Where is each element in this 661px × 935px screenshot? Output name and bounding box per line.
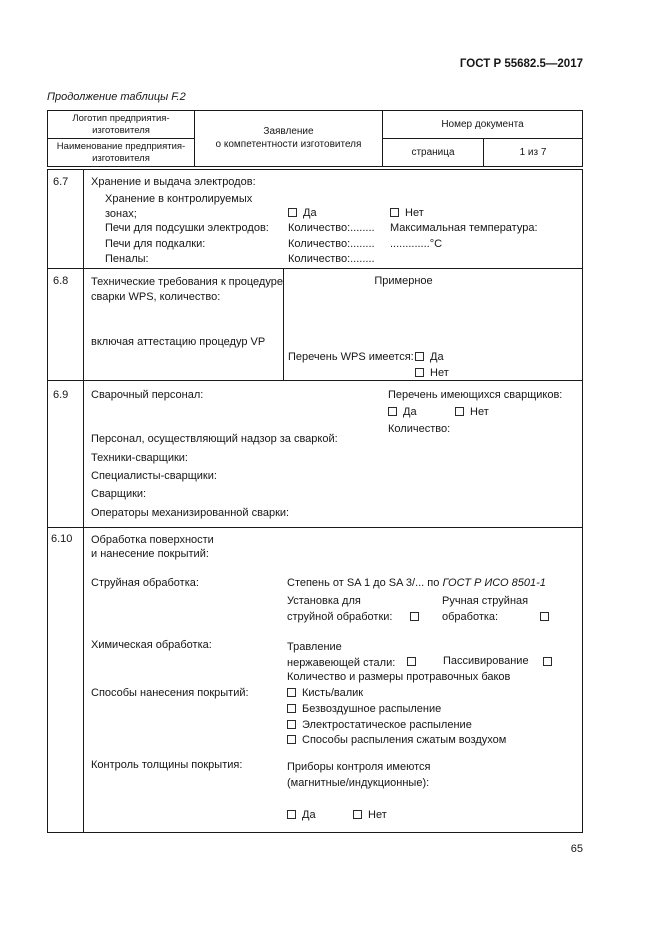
approximate-value: Примерное [283,275,524,288]
baking-ovens-quantity-field: Количество:........ [288,238,375,251]
document-number-label: Номер документа [383,111,582,138]
row-number: 6.8 [53,275,68,288]
control-devices-label: Приборы контроля имеются (магнитные/инду… [287,759,430,791]
storage-controlled-zones-label: Хранение в контролируемых зонах; [105,192,252,222]
pencases-label: Пеналы: [105,253,149,266]
welders-list-label: Перечень имеющихся сварщиков: [388,389,562,402]
chemical-treatment-label: Химическая обработка: [91,639,212,652]
coating-method-option: Электростатическое распыление [287,719,472,732]
thickness-control-label: Контроль толщины покрытия: [91,759,242,772]
pencases-quantity-field: Количество:........ [288,253,375,266]
max-temperature-label: Максимальная температура: [390,222,538,235]
etching-baths-label: Количество и размеры протравочных баков [287,671,510,684]
welders-quantity-label: Количество: [388,423,450,436]
yes-checkbox[interactable] [415,352,424,361]
welders-yes-option: Да [388,406,417,419]
staff-line: Сварщики: [91,488,146,501]
devices-yes-option: Да [287,809,316,822]
staff-line: Специалисты-сварщики: [91,470,217,483]
row-number: 6.7 [53,176,68,189]
yes-checkbox[interactable] [288,208,297,217]
no-checkbox[interactable] [390,208,399,217]
drying-ovens-label: Печи для подсушки электродов: [105,222,269,235]
manufacturer-name-cell: Наименование предприятия- изготовителя [48,139,194,166]
etching-label: Травление нержавеющей стали: [287,639,395,671]
row-divider [47,527,583,528]
etching-checkbox[interactable] [407,657,416,666]
staff-line: Операторы механизированной сварки: [91,507,289,520]
passivation-label: Пассивирование [443,655,529,668]
storage-no-option: Нет [390,207,424,220]
method-checkbox[interactable] [287,720,296,729]
blast-unit-checkbox[interactable] [410,612,419,621]
devices-no-option: Нет [353,809,387,822]
temperature-fill-field: .............°С [390,238,442,251]
standard-number-header: ГОСТ Р 55682.5—2017 [460,58,583,71]
manufacturer-logo-cell: Логотип предприятия- изготовителя [48,111,194,138]
surface-treatment-title: Обработка поверхности и нанесение покрыт… [91,533,214,561]
page-label-cell: страница [383,139,483,166]
standard-reference: ГОСТ Р ИСО 8501-1 [442,577,545,589]
row-6-7-title: Хранение и выдача электродов: [91,176,256,189]
method-checkbox[interactable] [287,735,296,744]
blast-unit-label: Установка для струйной обработки: [287,593,392,625]
coating-method-option: Безвоздушное распыление [287,703,441,716]
table-continuation-caption: Продолжение таблицы F.2 [47,91,186,104]
blast-cleaning-label: Струйная обработка: [91,577,199,590]
document-page: ГОСТ Р 55682.5—2017 Продолжение таблицы … [0,0,661,935]
wps-requirements-label: Технические требования к процедуре сварк… [91,275,283,305]
vp-attestation-note: включая аттестацию процедур VP [91,336,265,349]
drying-ovens-quantity-field: Количество:........ [288,222,375,235]
main-table-border [47,832,583,833]
row-divider [47,380,583,381]
coating-methods-label: Способы нанесения покрытий: [91,687,249,700]
no-checkbox[interactable] [415,368,424,377]
method-checkbox[interactable] [287,688,296,697]
passivation-checkbox[interactable] [543,657,552,666]
baking-ovens-label: Печи для подкалки: [105,238,205,251]
page-number: 65 [571,843,583,856]
number-column-divider [83,169,84,833]
blast-degree-line: Степень от SA 1 до SA 3/... по ГОСТ Р ИС… [287,577,546,590]
staff-line: Персонал, осуществляющий надзор за сварк… [91,433,338,446]
method-checkbox[interactable] [287,704,296,713]
staff-line: Техники-сварщики: [91,452,188,465]
header-table-border [47,166,583,167]
row-divider [47,268,583,269]
coating-method-option: Кисть/валик [287,687,363,700]
wps-list-label: Перечень WPS имеется: [288,351,414,364]
page-value-cell: 1 из 7 [484,139,582,166]
storage-yes-option: Да [288,207,317,220]
no-checkbox[interactable] [455,407,464,416]
declaration-title-cell: Заявление о компетентности изготовителя [195,110,382,166]
wps-no-option: Нет [415,367,449,380]
no-checkbox[interactable] [353,810,362,819]
main-table-border [47,169,583,170]
wps-yes-option: Да [415,351,444,364]
yes-checkbox[interactable] [388,407,397,416]
manual-blast-checkbox[interactable] [540,612,549,621]
row-number: 6.10 [51,533,72,546]
welding-personnel-title: Сварочный персонал: [91,389,203,402]
coating-method-option: Способы распыления сжатым воздухом [287,734,506,747]
yes-checkbox[interactable] [287,810,296,819]
row-number: 6.9 [53,389,68,402]
welders-no-option: Нет [455,406,489,419]
manual-blast-label: Ручная струйная обработка: [442,593,528,625]
